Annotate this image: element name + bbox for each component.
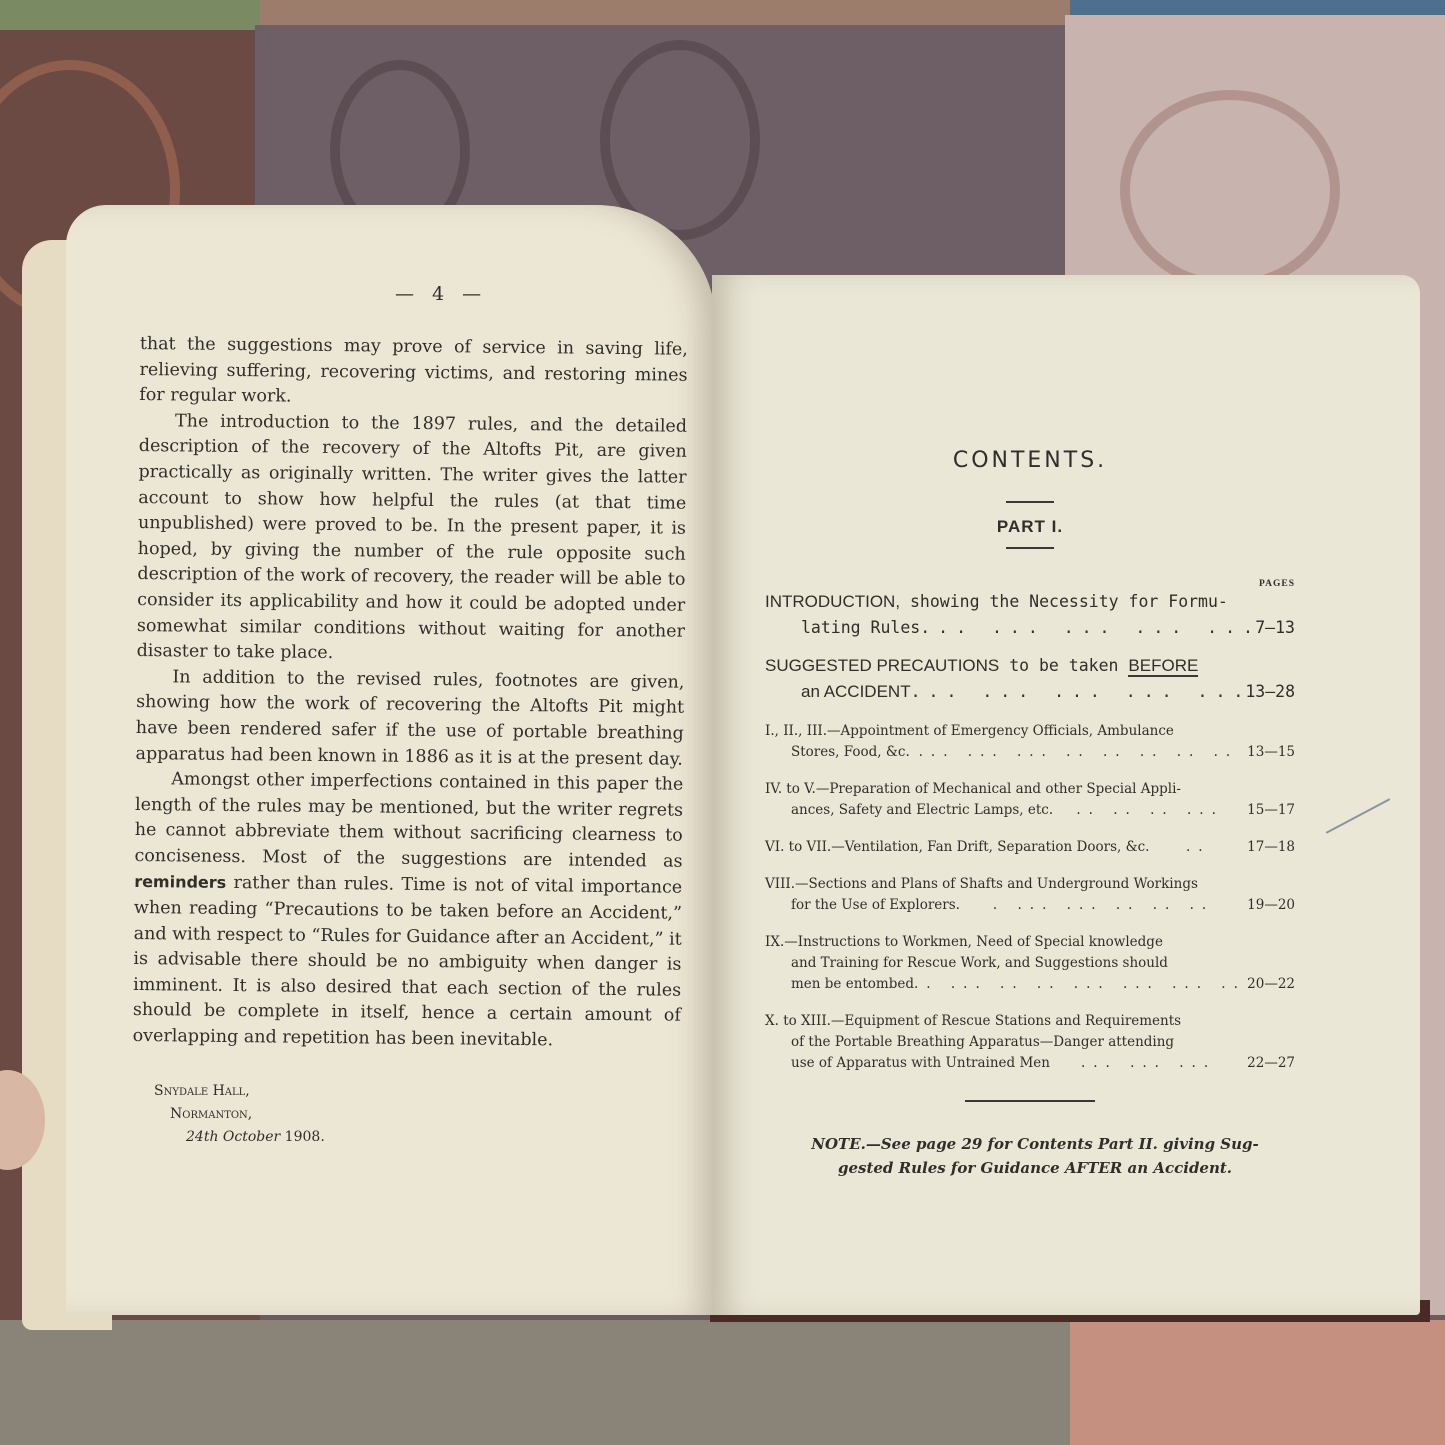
subentry-single-line: VI. to VII.—Ventilation, Fan Drift, Sepa… bbox=[765, 837, 1295, 858]
subentry-text: IX.—Instructions to Workmen, Need of Spe… bbox=[765, 932, 1295, 953]
contents-note: NOTE.—See page 29 for Contents Part II. … bbox=[765, 1132, 1295, 1180]
paragraph: The introduction to the 1897 rules, and … bbox=[137, 409, 688, 671]
entry-caps: SUGGESTED PRECAUTIONS bbox=[765, 656, 999, 675]
pages-column-label: PAGES bbox=[765, 579, 1295, 589]
page-range: 13—28 bbox=[1245, 679, 1295, 705]
subentry-text: Stores, Food, &c. bbox=[791, 742, 910, 763]
contents-title: CONTENTS. bbox=[765, 448, 1295, 473]
subentry-text: ances, Safety and Electric Lamps, etc. bbox=[791, 800, 1053, 821]
entry-heading: INTRODUCTION, showing the Necessity for … bbox=[765, 589, 1295, 615]
page-range: 7—13 bbox=[1255, 615, 1295, 641]
fabric-patch-green bbox=[0, 0, 260, 30]
page-range: 19—20 bbox=[1247, 895, 1295, 916]
subentry-text: VIII.—Sections and Plans of Shafts and U… bbox=[765, 874, 1295, 895]
entry-text: an ACCIDENT bbox=[801, 679, 911, 705]
leader-dots: .. ... .. .. ... ... ... ... bbox=[914, 974, 1247, 995]
page-range: 22—27 bbox=[1247, 1053, 1295, 1074]
date-year: 1908. bbox=[280, 1129, 325, 1145]
signature-date: 24th October 1908. bbox=[154, 1126, 325, 1149]
leader-dots: ... ... ... bbox=[1050, 1053, 1247, 1074]
entry-heading: SUGGESTED PRECAUTIONS to be taken BEFORE bbox=[765, 653, 1295, 679]
subentry-text: VI. to VII.—Ventilation, Fan Drift, Sepa… bbox=[765, 837, 1149, 858]
page-range: 20—22 bbox=[1247, 974, 1295, 995]
signature-block: Snydale Hall, Normanton, 24th October 19… bbox=[154, 1080, 325, 1149]
note-text: NOTE.—See page 29 for Contents Part II. … bbox=[775, 1132, 1295, 1156]
subentry-text: for the Use of Explorers. bbox=[791, 895, 960, 916]
leader-dots: ... ... ... ... ... ... bbox=[920, 615, 1255, 641]
entry-continuation: an ACCIDENT... ... ... ... ... ...13—28 bbox=[765, 679, 1295, 705]
page-range: 17—18 bbox=[1247, 837, 1295, 858]
divider bbox=[965, 1100, 1095, 1102]
paragraph: Amongst other imperfections contained in… bbox=[132, 767, 683, 1055]
subentry-text: and Training for Rescue Work, and Sugges… bbox=[765, 953, 1295, 974]
contents-subentry: IV. to V.—Preparation of Mechanical and … bbox=[765, 779, 1295, 821]
date-day-month: 24th October bbox=[186, 1129, 280, 1145]
subentry-text: of the Portable Breathing Apparatus—Dang… bbox=[765, 1032, 1295, 1053]
left-page-body: that the suggestions may prove of servic… bbox=[132, 332, 687, 1055]
paragraph: In addition to the revised rules, footno… bbox=[135, 665, 684, 773]
entry-text: to be taken bbox=[999, 656, 1128, 675]
contents-subentry: IX.—Instructions to Workmen, Need of Spe… bbox=[765, 932, 1295, 995]
contents-subentry: VIII.—Sections and Plans of Shafts and U… bbox=[765, 874, 1295, 916]
contents-entry-precautions: SUGGESTED PRECAUTIONS to be taken BEFORE… bbox=[765, 653, 1295, 705]
page-range: 13—15 bbox=[1247, 742, 1295, 763]
entry-continuation: lating Rules... ... ... ... ... ...7—13 bbox=[765, 615, 1295, 641]
subentry-continuation: for the Use of Explorers.. ... ... .. ..… bbox=[765, 895, 1295, 916]
contents-subentry: X. to XIII.—Equipment of Rescue Stations… bbox=[765, 1011, 1295, 1074]
bold-term: reminders bbox=[134, 872, 226, 892]
leader-dots: .. bbox=[1149, 837, 1247, 858]
entry-text: lating Rules bbox=[801, 615, 920, 641]
contents-page: CONTENTS. PART I. PAGES INTRODUCTION, sh… bbox=[765, 440, 1295, 1180]
page-number: — 4 — bbox=[395, 283, 487, 305]
subentry-continuation: Stores, Food, &c.... ... ... .. .. .. ..… bbox=[765, 742, 1295, 763]
leader-dots: . ... ... .. .. .. bbox=[960, 895, 1247, 916]
fabric-patch-salmon bbox=[1070, 1320, 1445, 1445]
part-heading: PART I. bbox=[765, 517, 1295, 537]
subentry-text: men be entombed bbox=[791, 974, 914, 995]
entry-emphasis: BEFORE bbox=[1128, 656, 1198, 677]
fabric-patch-grey bbox=[0, 1320, 1070, 1445]
page-range: 15—17 bbox=[1247, 800, 1295, 821]
entry-text: showing the Necessity for Formu- bbox=[900, 592, 1228, 611]
subentry-text: use of Apparatus with Untrained Men bbox=[791, 1053, 1050, 1074]
contents-subentry: I., II., III.—Appointment of Emergency O… bbox=[765, 721, 1295, 763]
divider bbox=[1006, 501, 1054, 503]
divider bbox=[1006, 547, 1054, 549]
signature-place: Snydale Hall, bbox=[154, 1080, 325, 1103]
paragraph: that the suggestions may prove of servic… bbox=[139, 332, 688, 415]
subentry-text: X. to XIII.—Equipment of Rescue Stations… bbox=[765, 1011, 1295, 1032]
signature-town: Normanton, bbox=[154, 1103, 325, 1126]
contents-subentry: VI. to VII.—Ventilation, Fan Drift, Sepa… bbox=[765, 837, 1295, 858]
leader-dots: ... ... ... .. .. .. .. .. bbox=[910, 742, 1247, 763]
note-text: gested Rules for Guidance AFTER an Accid… bbox=[775, 1156, 1295, 1180]
subentry-text: I., II., III.—Appointment of Emergency O… bbox=[765, 721, 1295, 742]
paragraph-text: rather than rules. Time is not of vital … bbox=[133, 873, 683, 1050]
paragraph-text: Amongst other imperfections contained in… bbox=[134, 769, 683, 871]
subentry-continuation: men be entombed.. ... .. .. ... ... ... … bbox=[765, 974, 1295, 995]
contents-entry-introduction: INTRODUCTION, showing the Necessity for … bbox=[765, 589, 1295, 641]
entry-caps: INTRODUCTION, bbox=[765, 592, 900, 611]
fabric-swirl bbox=[1120, 90, 1340, 290]
subentry-text: IV. to V.—Preparation of Mechanical and … bbox=[765, 779, 1295, 800]
leader-dots: .. .. .. ... bbox=[1053, 800, 1247, 821]
subentry-continuation: ances, Safety and Electric Lamps, etc...… bbox=[765, 800, 1295, 821]
leader-dots: ... ... ... ... ... ... bbox=[911, 679, 1246, 705]
subentry-continuation: use of Apparatus with Untrained Men... .… bbox=[765, 1053, 1295, 1074]
